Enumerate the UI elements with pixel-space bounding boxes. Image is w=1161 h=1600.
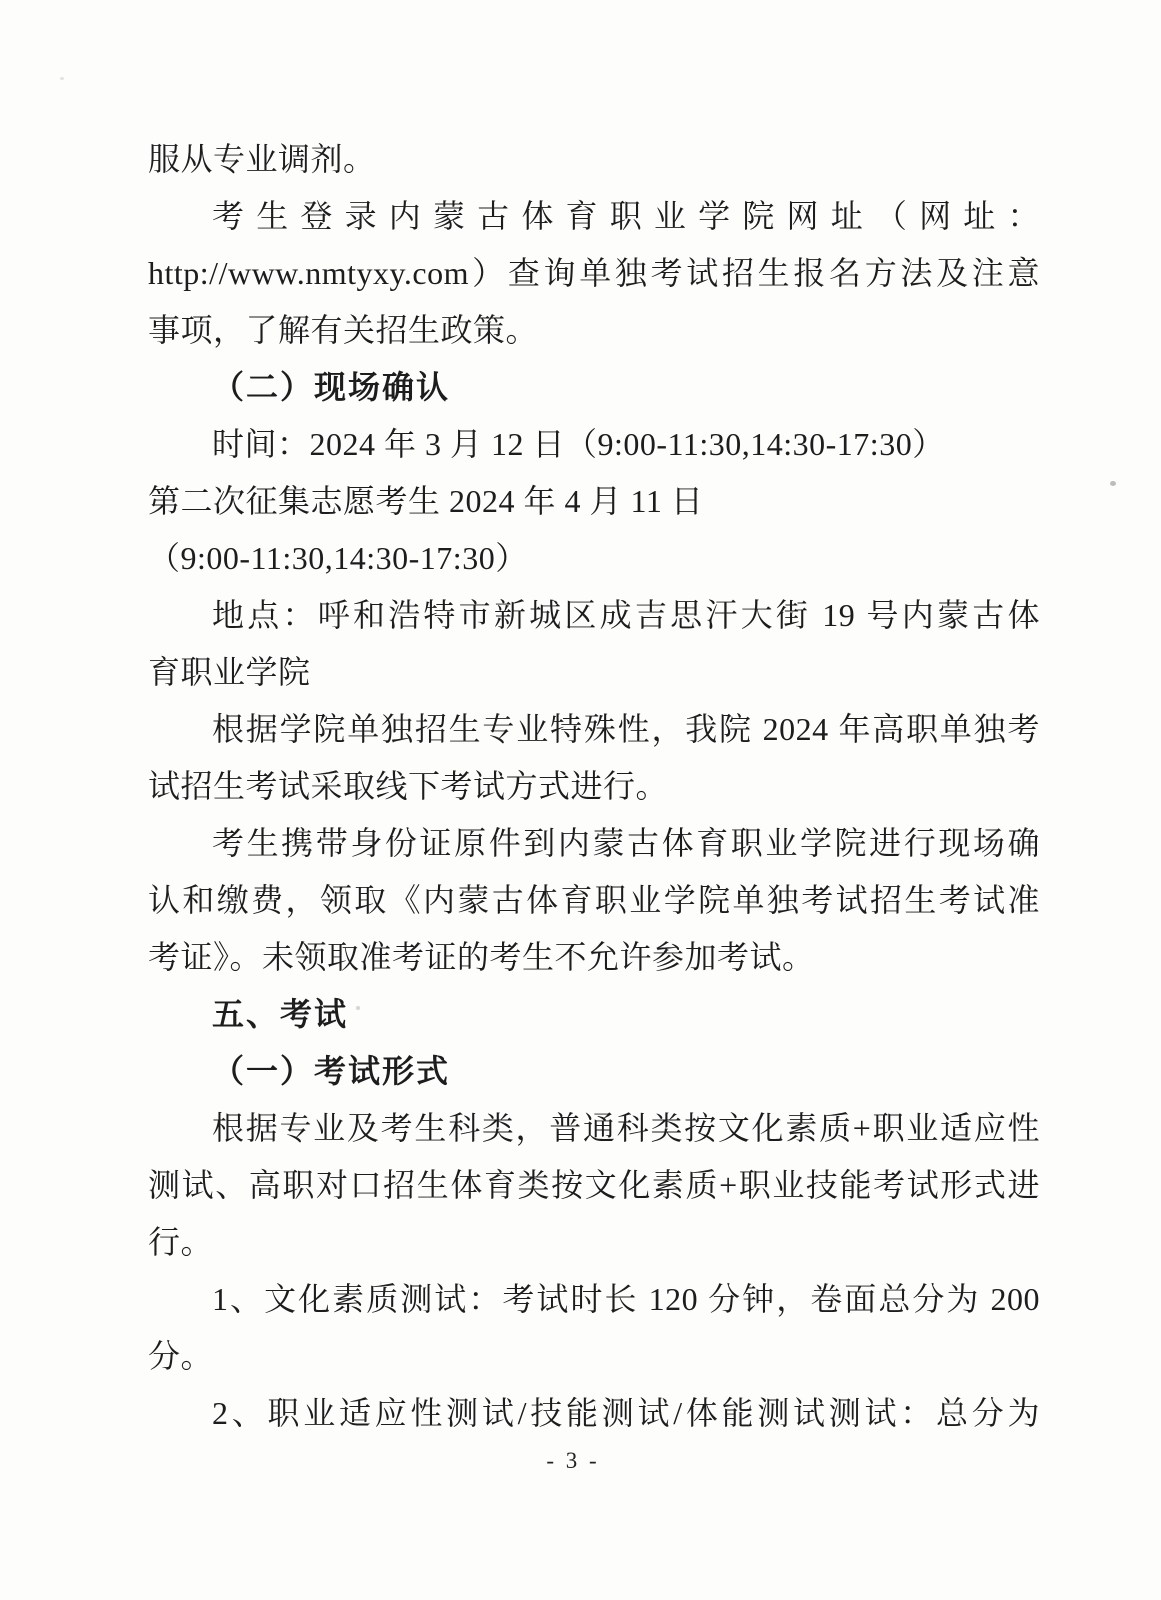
scan-speck xyxy=(60,77,64,80)
text-line: 第二次征集志愿考生 2024 年 4 月 11 日 xyxy=(148,473,1040,530)
text-line: 根据学院单独招生专业特殊性，我院 2024 年高职单独考 xyxy=(148,701,1040,758)
document-page: 服从专业调剂。考生登录内蒙古体育职业学院网址（网址：http://www.nmt… xyxy=(0,0,1161,1600)
scan-speck xyxy=(356,1006,360,1010)
text-line: 育职业学院 xyxy=(148,644,1040,701)
text-line: 1、文化素质测试：考试时长 120 分钟，卷面总分为 200 xyxy=(148,1271,1040,1328)
text-line: 考生登录内蒙古体育职业学院网址（网址： xyxy=(148,188,1040,245)
page-number: - 3 - xyxy=(148,1448,998,1474)
text-line: 行。 xyxy=(148,1214,1040,1271)
text-line: （二）现场确认 xyxy=(148,359,1040,416)
text-line: （一）考试形式 xyxy=(148,1043,1040,1100)
text-line: （9:00-11:30,14:30-17:30） xyxy=(148,530,1040,587)
text-line: 根据专业及考生科类，普通科类按文化素质+职业适应性 xyxy=(148,1100,1040,1157)
text-line: 试招生考试采取线下考试方式进行。 xyxy=(148,758,1040,815)
text-line: 考生携带身份证原件到内蒙古体育职业学院进行现场确 xyxy=(148,815,1040,872)
text-line: 分。 xyxy=(148,1328,1040,1385)
text-line: 2、职业适应性测试/技能测试/体能测试测试：总分为 xyxy=(148,1385,1040,1442)
text-line: 五、考试 xyxy=(148,986,1040,1043)
text-line: 地点：呼和浩特市新城区成吉思汗大街 19 号内蒙古体 xyxy=(148,587,1040,644)
text-line: 服从专业调剂。 xyxy=(148,131,1040,188)
text-line: 认和缴费，领取《内蒙古体育职业学院单独考试招生考试准 xyxy=(148,872,1040,929)
text-line: http://www.nmtyxy.com）查询单独考试招生报名方法及注意 xyxy=(148,245,1040,302)
text-line: 考证》。未领取准考证的考生不允许参加考试。 xyxy=(148,929,1040,986)
text-line: 测试、高职对口招生体育类按文化素质+职业技能考试形式进 xyxy=(148,1157,1040,1214)
scan-speck xyxy=(1110,481,1116,486)
text-line: 事项，了解有关招生政策。 xyxy=(148,302,1040,359)
document-body: 服从专业调剂。考生登录内蒙古体育职业学院网址（网址：http://www.nmt… xyxy=(148,131,1040,1442)
text-line: 时间：2024 年 3 月 12 日（9:00-11:30,14:30-17:3… xyxy=(148,416,1040,473)
